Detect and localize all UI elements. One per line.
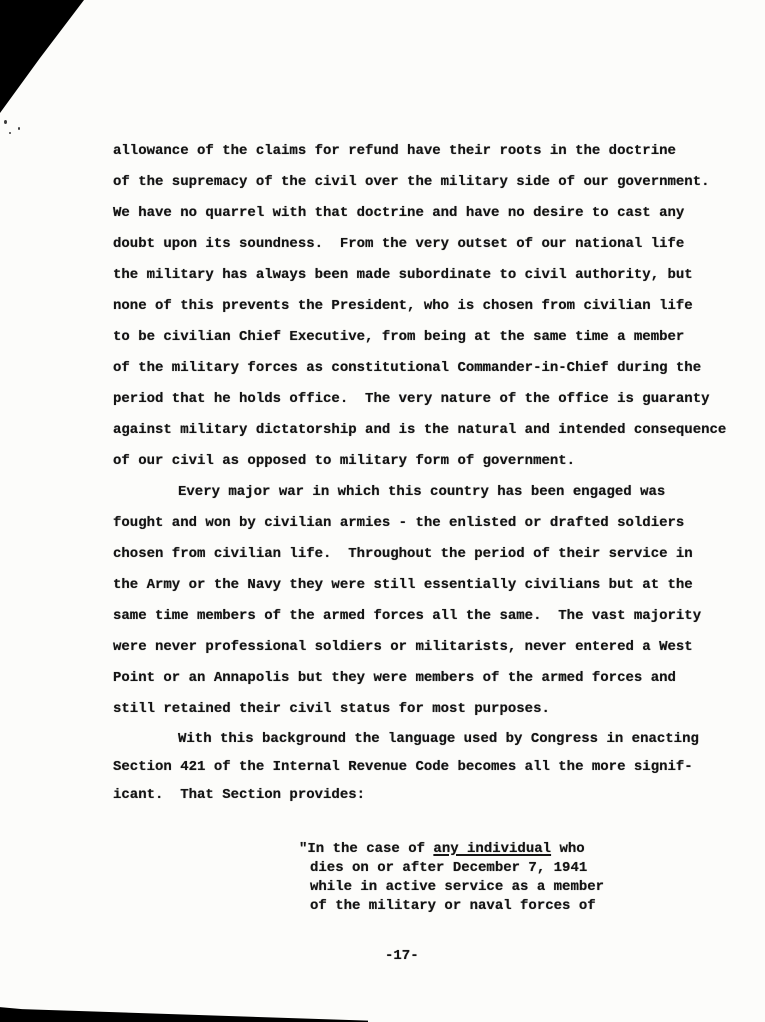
underlined-phrase: any individual <box>433 841 551 857</box>
text-line: the military has always been made subord… <box>113 260 743 291</box>
text-line: With this background the language used b… <box>113 725 743 753</box>
text-line: Section 421 of the Internal Revenue Code… <box>113 753 743 781</box>
text-line: same time members of the armed forces al… <box>113 601 743 632</box>
text-line: to be civilian Chief Executive, from bei… <box>113 322 743 353</box>
text-line: icant. That Section provides: <box>113 781 743 809</box>
statute-quote: "In the case of any individual who dies … <box>299 840 743 916</box>
text-line: of the military forces as constitutional… <box>113 353 743 384</box>
scan-speck-icon <box>9 132 11 134</box>
scan-artifact-wedge-icon <box>0 1003 368 1022</box>
text-line: Point or an Annapolis but they were memb… <box>113 663 743 694</box>
text-line: still retained their civil status for mo… <box>113 694 743 725</box>
quote-text: who <box>551 841 585 857</box>
text-line: We have no quarrel with that doctrine an… <box>113 198 743 229</box>
text-line: fought and won by civilian armies - the … <box>113 508 743 539</box>
scan-speck-icon <box>18 127 20 130</box>
text-line: none of this prevents the President, who… <box>113 291 743 322</box>
document-body: allowance of the claims for refund have … <box>113 136 743 964</box>
text-line: the Army or the Navy they were still ess… <box>113 570 743 601</box>
text-line: chosen from civilian life. Throughout th… <box>113 539 743 570</box>
text-line: against military dictatorship and is the… <box>113 415 743 446</box>
scan-artifact-corner-icon <box>0 0 90 118</box>
page-number: -17- <box>113 948 743 964</box>
text-line: doubt upon its soundness. From the very … <box>113 229 743 260</box>
text-line: period that he holds office. The very na… <box>113 384 743 415</box>
quote-line: "In the case of any individual who <box>299 840 743 859</box>
text-line: allowance of the claims for refund have … <box>113 136 743 167</box>
document-page: allowance of the claims for refund have … <box>0 0 765 1022</box>
text-line: Every major war in which this country ha… <box>113 477 743 508</box>
scan-speck-icon <box>4 120 7 124</box>
quote-line: of the military or naval forces of <box>299 897 743 916</box>
text-line: of the supremacy of the civil over the m… <box>113 167 743 198</box>
quote-line: dies on or after December 7, 1941 <box>299 859 743 878</box>
quote-line: while in active service as a member <box>299 878 743 897</box>
text-line: were never professional soldiers or mili… <box>113 632 743 663</box>
paragraph-3: With this background the language used b… <box>113 725 743 809</box>
text-line: of our civil as opposed to military form… <box>113 446 743 477</box>
quote-text: "In the case of <box>299 841 433 857</box>
paragraph-2: Every major war in which this country ha… <box>113 477 743 725</box>
paragraph-1: allowance of the claims for refund have … <box>113 136 743 477</box>
